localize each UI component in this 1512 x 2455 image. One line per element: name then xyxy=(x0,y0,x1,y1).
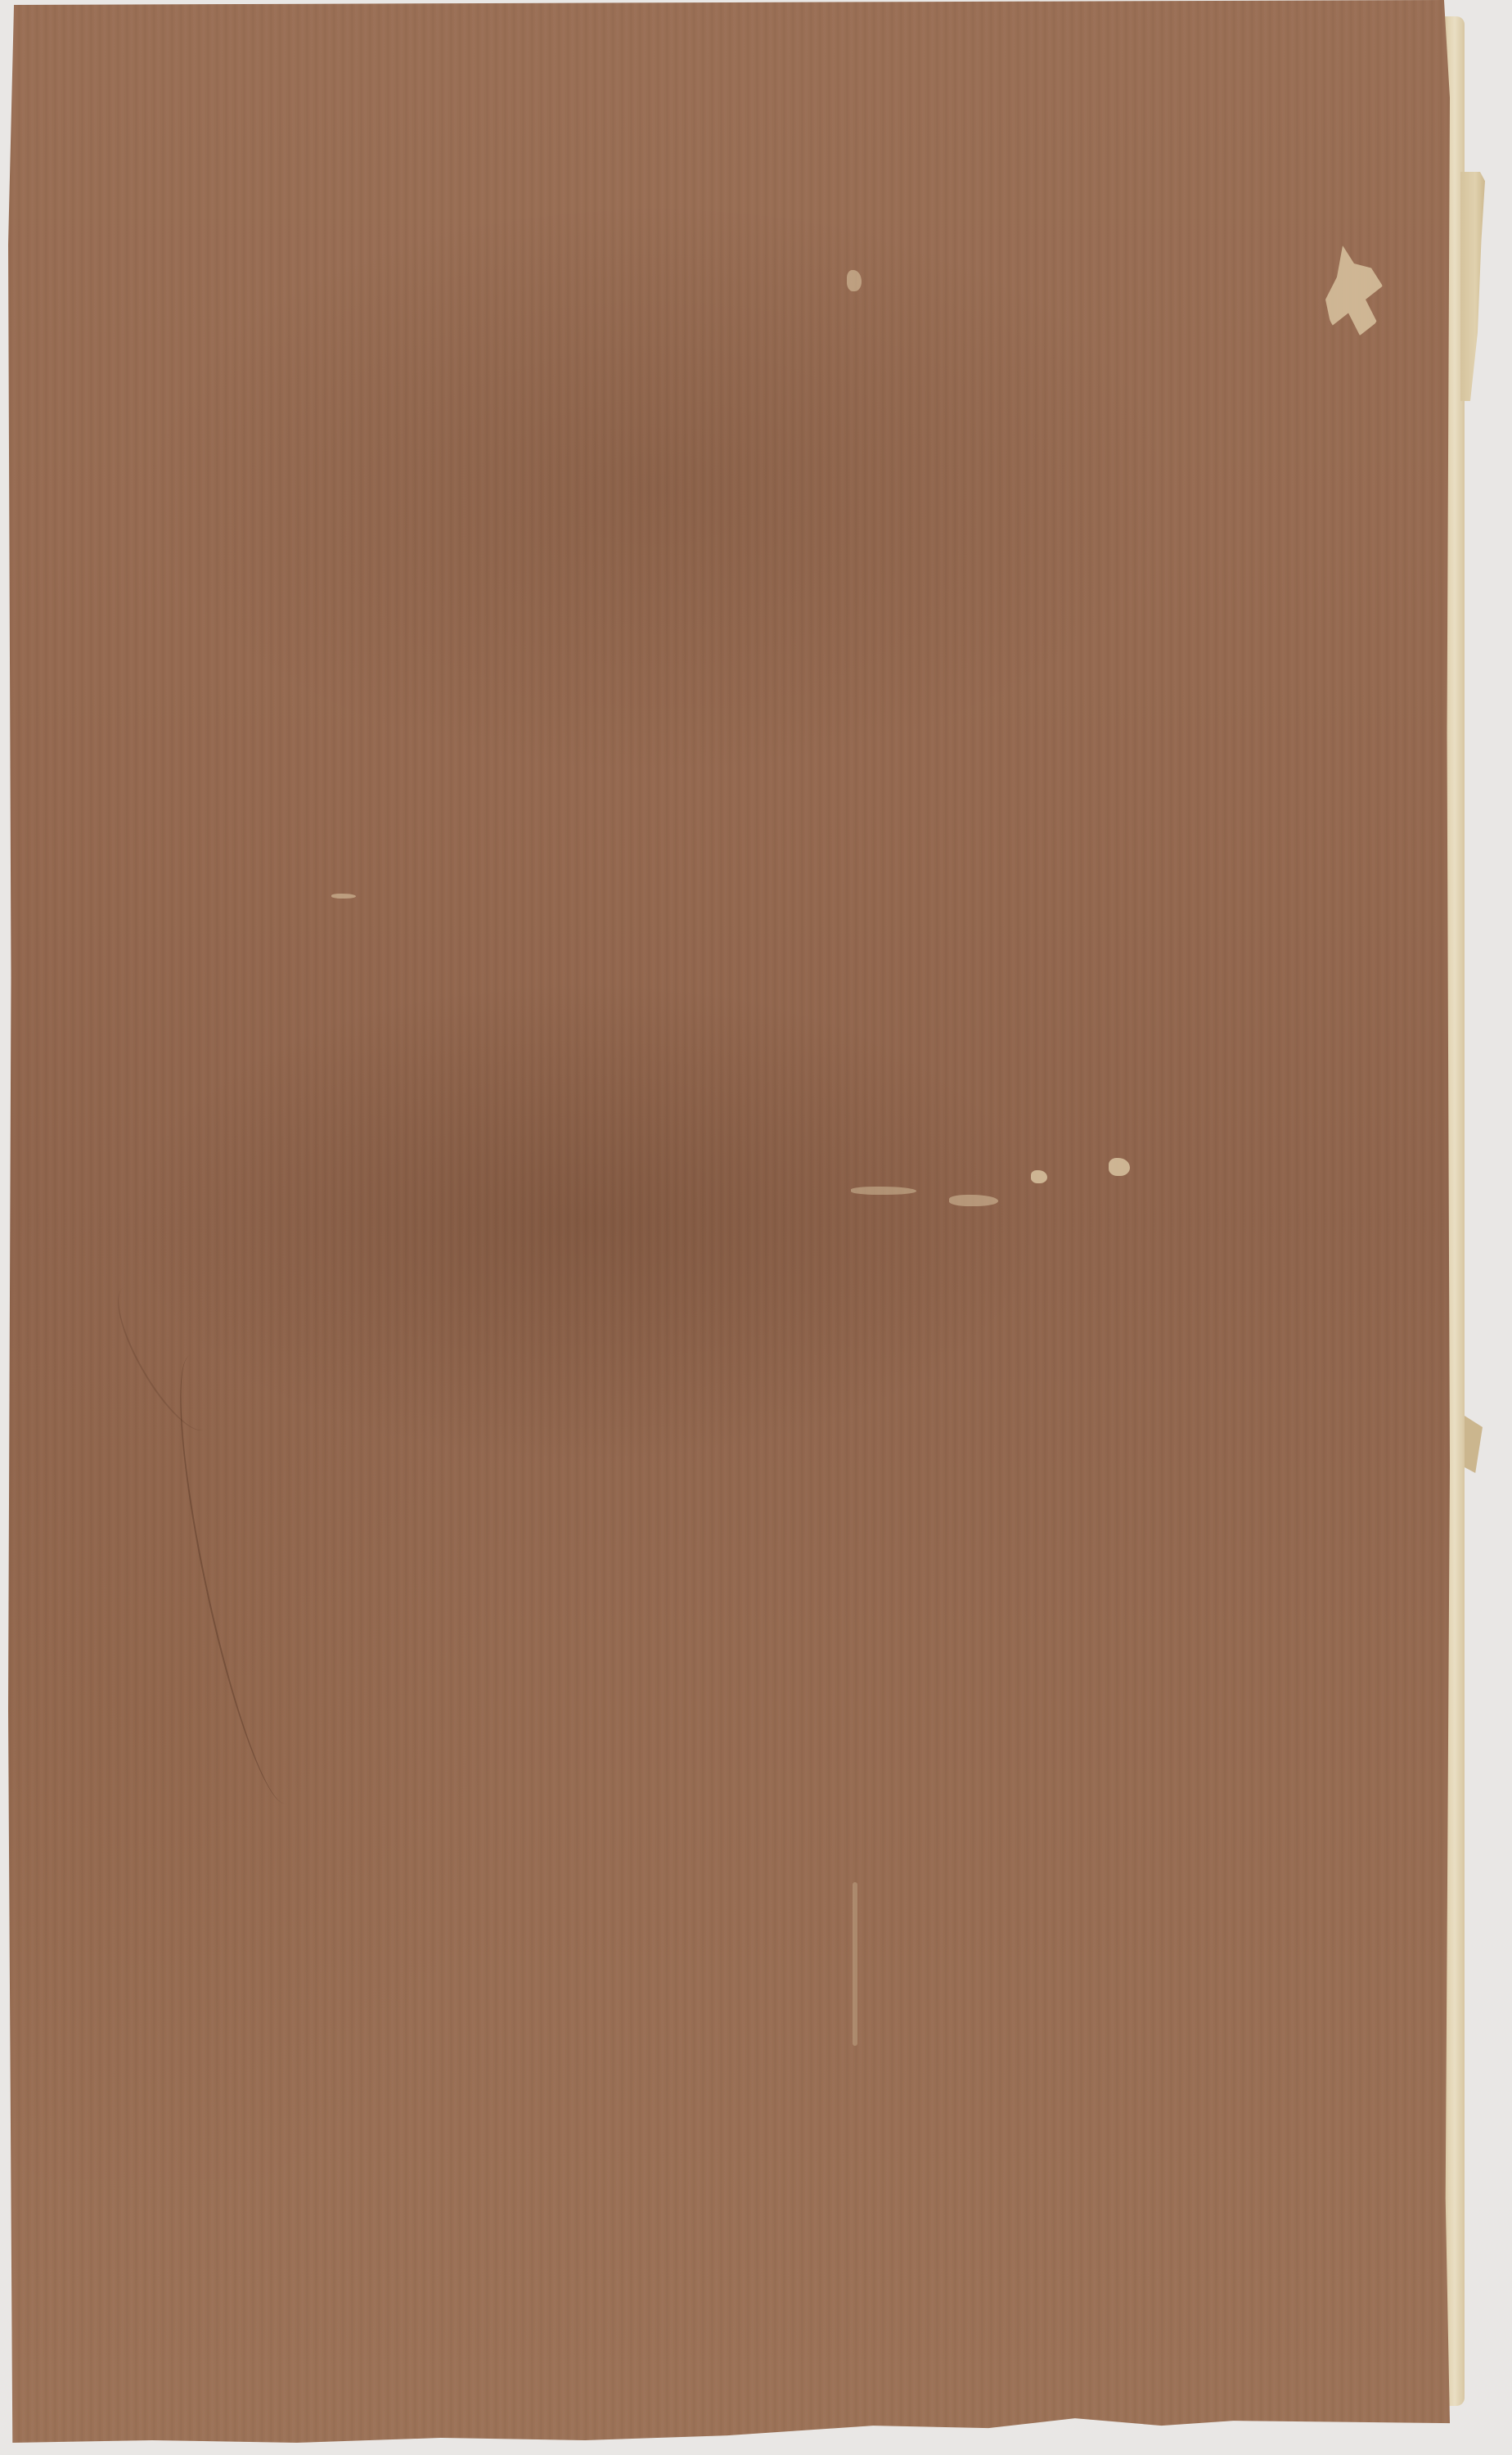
photo-scene xyxy=(0,0,1512,2455)
abrasion-mark-center-3 xyxy=(851,1187,916,1195)
abrasion-mark-top-center xyxy=(847,270,862,291)
abrasion-streak-lower xyxy=(853,1882,857,2046)
protruding-page-tab xyxy=(1465,1416,1483,1473)
brown-paper-cover-board xyxy=(8,0,1450,2443)
abrasion-mark-center-4 xyxy=(949,1195,998,1206)
protruding-page-fragment xyxy=(1460,172,1485,401)
abrasion-mark-center-2 xyxy=(1031,1170,1047,1183)
abrasion-mark-center-1 xyxy=(1109,1158,1130,1176)
abrasion-mark-top-right xyxy=(1325,245,1383,336)
abrasion-mark-left-middle xyxy=(331,894,356,899)
crease-line-left xyxy=(101,1275,227,1442)
